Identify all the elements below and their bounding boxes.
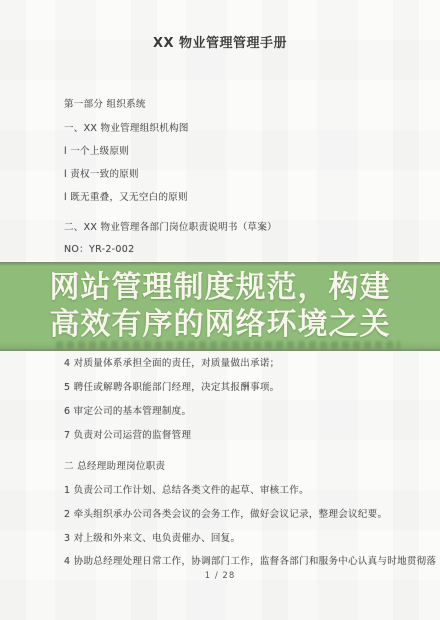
doc-line-bullet-1: l 一个上级原则: [64, 143, 440, 157]
doc-line-section-two: 二、XX 物业管理各部门岗位职责说明书（草案）: [64, 219, 440, 233]
doc-line-duty-7: 7 负责对公司运营的监督管理: [64, 427, 440, 441]
document-title: XX 物业管理管理手册: [0, 32, 440, 51]
doc-line-assistant-3: 3 对上级和外来文、电负责催办、回复。: [64, 530, 440, 544]
doc-line-bullet-2: l 责权一致的原则: [64, 166, 440, 180]
doc-line-assistant-2: 2 牵头组织承办公司各类会议的会务工作，做好会议记录，整理会议纪要。: [64, 506, 440, 520]
doc-line-assistant-heading: 二 总经理助理岗位职责: [64, 458, 440, 472]
doc-line-duty-4: 4 对质量体系承担全面的责任，对质量做出承诺；: [64, 355, 440, 369]
doc-line-part-heading: 第一部分 组织系统: [64, 96, 440, 110]
doc-line-doc-number: NO：YR-2-002: [64, 241, 440, 255]
page-number: 1 / 28: [0, 571, 440, 581]
doc-line-section-one: 一、XX 物业管理组织机构图: [64, 120, 440, 134]
doc-line-duty-5: 5 聘任或解聘各职能部门经理，决定其报酬事项。: [64, 379, 440, 393]
doc-line-bullet-3: l 既无重叠，又无空白的原则: [64, 189, 440, 203]
doc-line-assistant-4: 4 协助总经理处理日常工作，协调部门工作，监督各部门和服务中心认真与时地贯彻落: [64, 553, 440, 567]
document-page: XX 物业管理管理手册 第一部分 组织系统 一、XX 物业管理组织机构图 l 一…: [0, 0, 440, 620]
doc-line-duty-6: 6 审定公司的基本管理制度。: [64, 403, 440, 417]
overlay-title-line-1: 网站管理制度规范，构建: [50, 270, 391, 306]
doc-line-assistant-1: 1 负责公司工作计划、总结各类文件的起草、审核工作。: [64, 482, 440, 496]
overlay-title-line-2: 高效有序的网络环境之关: [50, 307, 391, 343]
overlay-title-band: 网站管理制度规范，构建 高效有序的网络环境之关: [0, 262, 440, 351]
